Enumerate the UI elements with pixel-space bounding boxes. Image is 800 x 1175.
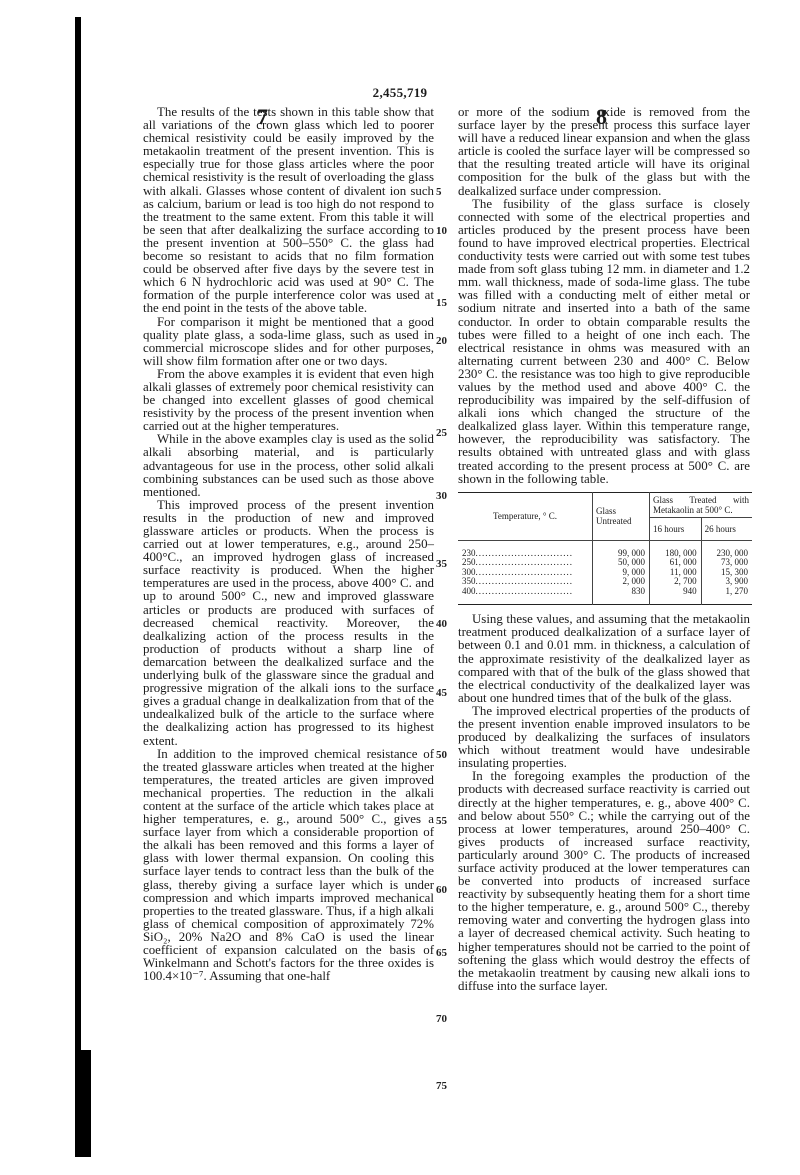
line-number: 55 [436,815,447,827]
16-hours-cell: 180, 000 [650,540,702,558]
paragraph: In the foregoing examples the production… [458,770,750,993]
paragraph: From the above examples it is evident th… [143,368,434,433]
table-row: 400.............................. 830 94… [458,587,752,605]
right-text-column: or more of the sodium oxide is removed f… [458,106,750,993]
paragraph: or more of the sodium oxide is removed f… [458,106,750,198]
paragraph: The fusibility of the glass surface is c… [458,198,750,486]
header-26-hours: 26 hours [701,517,752,540]
untreated-cell: 830 [593,587,650,605]
line-number: 50 [436,749,447,761]
table-row: 230.............................. 99, 00… [458,540,752,558]
header-treated-group: Glass Treated with Metakaolin at 500° C. [650,492,753,517]
line-number: 30 [436,490,447,502]
line-number: 35 [436,558,447,570]
paragraph: Using these values, and assuming that th… [458,613,750,705]
paragraph: For comparison it might be mentioned tha… [143,316,434,368]
header-untreated: Glass Untreated [593,492,650,540]
untreated-cell: 99, 000 [593,540,650,558]
temperature-cell: 400 [462,587,476,596]
paragraph: In addition to the improved chemical res… [143,748,434,984]
table-row: 300.............................. 9, 000… [458,568,752,578]
line-number: 60 [436,884,447,896]
table-row: 350.............................. 2, 000… [458,577,752,587]
paragraph: This improved process of the present inv… [143,499,434,748]
header-16-hours: 16 hours [650,517,702,540]
temperature-cell: 250 [462,558,476,567]
line-number: 75 [436,1080,447,1092]
line-number: 15 [436,297,447,309]
table-row: 250.............................. 50, 00… [458,558,752,568]
scan-edge-bar-lower [75,1050,91,1157]
scan-edge-bar [75,17,81,1157]
line-number: 65 [436,947,447,959]
temperature-cell: 230 [462,548,476,558]
paragraph: The improved electrical properties of th… [458,705,750,770]
resistance-table: Temperature, ° C. Glass Untreated Glass … [458,492,752,606]
header-temperature: Temperature, ° C. [458,492,593,540]
line-number: 70 [436,1013,447,1025]
line-number: 25 [436,427,447,439]
paragraph: While in the above examples clay is used… [143,433,434,498]
patent-number: 2,455,719 [0,85,800,101]
26-hours-cell: 1, 270 [701,587,752,605]
line-number: 5 [436,186,442,198]
line-number: 45 [436,687,447,699]
line-number: 20 [436,335,447,347]
line-number: 10 [436,225,447,237]
temperature-cell: 300 [462,568,476,577]
paragraph: The results of the tests shown in this t… [143,106,434,316]
left-text-column: The results of the tests shown in this t… [143,106,434,983]
temperature-cell: 350 [462,577,476,586]
26-hours-cell: 230, 000 [701,540,752,558]
16-hours-cell: 940 [650,587,702,605]
line-number: 40 [436,618,447,630]
